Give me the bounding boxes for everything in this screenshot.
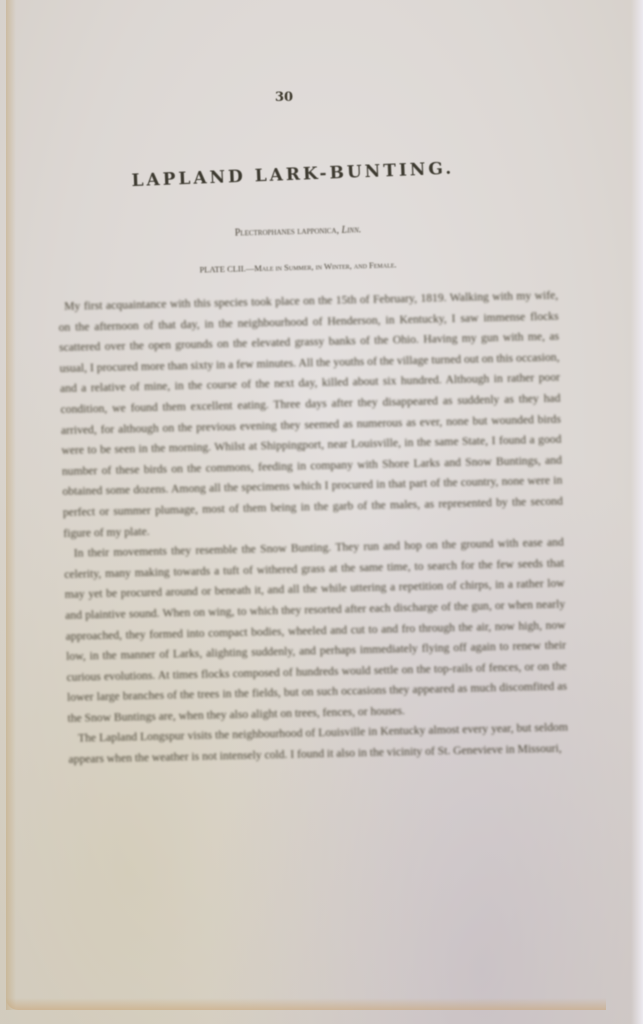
book-page: 30 LAPLAND LARK-BUNTING. Plectrophanes l… (0, 0, 643, 1024)
page-edge-bottom (6, 998, 606, 1010)
authority: Linn. (341, 224, 361, 236)
scientific-name-line: Plectrophanes lapponica, Linn. (168, 223, 428, 241)
paragraph: My first acquaintance with this species … (58, 286, 563, 544)
page-edge-right (631, 0, 643, 1024)
body-text: My first acquaintance with this species … (58, 286, 569, 771)
scientific-name: Plectrophanes lapponica, (235, 225, 340, 239)
page-edge-left (6, 0, 16, 1010)
paragraph: In their movements they resemble the Sno… (64, 533, 568, 730)
page-number: 30 (272, 90, 296, 105)
plate-caption: PLATE CLII.—Male in Summer, in Winter, a… (128, 258, 468, 277)
article-title: LAPLAND LARK-BUNTING. (108, 158, 478, 192)
